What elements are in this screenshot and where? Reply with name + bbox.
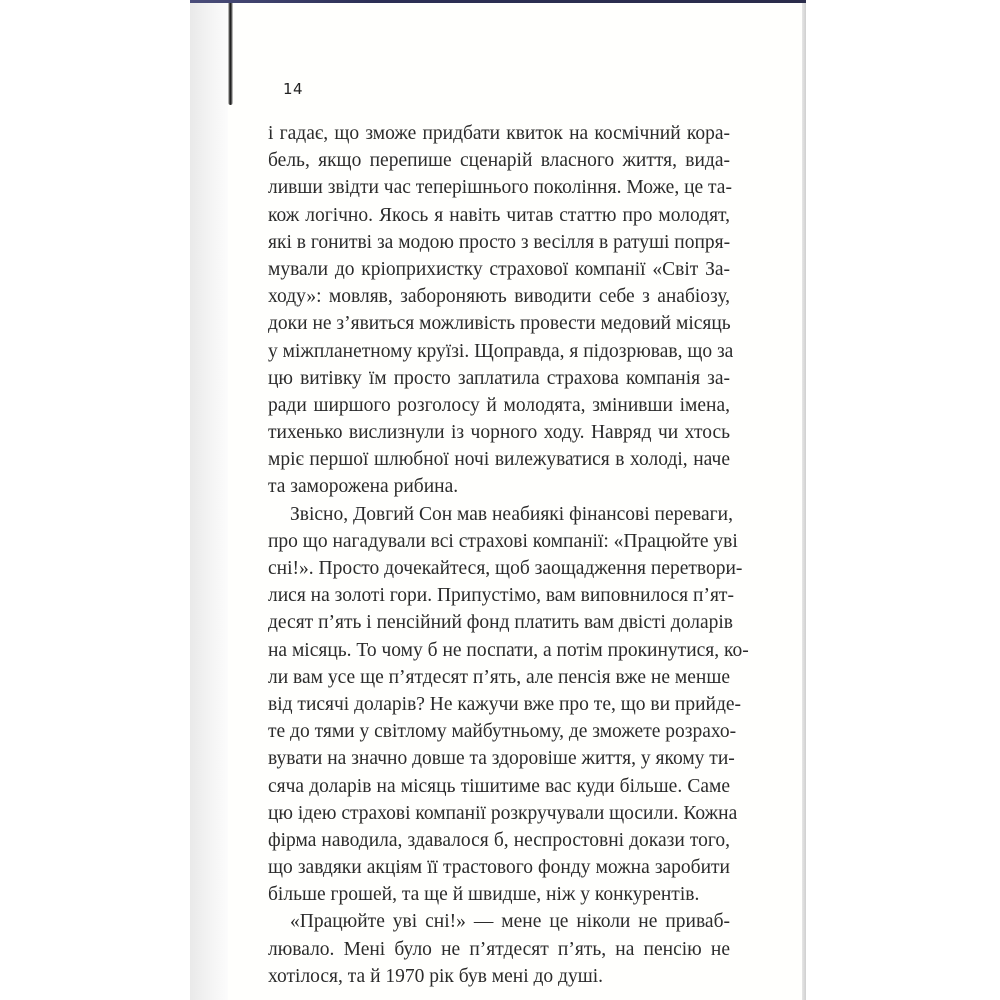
text-line: тихенько вислизнули із чорного ходу. Нав…	[268, 419, 730, 446]
top-edge-band	[190, 0, 806, 3]
text-line: ради ширшого розголосу й молодята, зміни…	[268, 392, 730, 419]
page-right-edge	[802, 3, 806, 1000]
text-line: цю ідею страхові компанії розкручували щ…	[268, 800, 730, 827]
text-line: ливши звідти час теперішнього покоління.…	[268, 174, 730, 201]
text-line: Звісно, Довгий Сон мав неабиякі фінансов…	[268, 501, 730, 528]
body-text: і гадає, що зможе придбати квиток на кос…	[268, 120, 730, 990]
text-line: лися на золоті гори. Припустімо, вам вип…	[268, 582, 730, 609]
text-line: фірма наводила, здавалося б, неспростовн…	[268, 827, 730, 854]
page-gutter-shadow	[190, 3, 228, 1000]
text-line: лювало. Мені було не п’ятдесят п’ять, на…	[268, 936, 730, 963]
text-line: від тисячі доларів? Не кажучи вже про те…	[268, 691, 730, 718]
text-line: про що нагадували всі страхові компанії:…	[268, 528, 730, 555]
text-line: кож логічно. Якось я навіть читав статтю…	[268, 202, 730, 229]
text-line: вувати на значно довше та здоровіше житт…	[268, 745, 730, 772]
text-line: сні!». Просто дочекайтеся, щоб заощаджен…	[268, 555, 730, 582]
text-line: на місяць. То чому б не поспати, а потім…	[268, 637, 730, 664]
text-line: те до тями у світлому майбутньому, де зм…	[268, 718, 730, 745]
text-line: десят п’ять і пенсійний фонд платить вам…	[268, 609, 730, 636]
text-line: ходу»: мовляв, забороняють виводити себе…	[268, 283, 730, 310]
text-line: бель, якщо перепише сценарій власного жи…	[268, 147, 730, 174]
text-line: сяча доларів на місяць тішитиме вас куди…	[268, 773, 730, 800]
text-line: і гадає, що зможе придбати квиток на кос…	[268, 120, 730, 147]
text-line: які в гонитві за модою просто з весілля …	[268, 229, 730, 256]
text-line: у міжпланетному круїзі. Щоправда, я підо…	[268, 338, 730, 365]
screen: 14 і гадає, що зможе придбати квиток на …	[0, 0, 1000, 1000]
text-line: та заморожена рибина.	[268, 473, 730, 500]
text-line: хотілося, та й 1970 рік був мені до душі…	[268, 963, 730, 990]
text-line: мували до кріоприхистку страхової компан…	[268, 256, 730, 283]
page-number: 14	[283, 80, 303, 98]
text-line: «Працюйте уві сні!» — мене це ніколи не …	[268, 908, 730, 935]
text-line: ли вам усе ще п’ятдесят п’ять, але пенсі…	[268, 664, 730, 691]
text-line: більше грошей, та ще й швидше, ніж у кон…	[268, 881, 730, 908]
text-line: що завдяки акціям її трастового фонду мо…	[268, 854, 730, 881]
text-line: цю витівку їм просто заплатила страхова …	[268, 365, 730, 392]
text-line: доки не з’явиться можливість провести ме…	[268, 310, 730, 337]
book-page: 14 і гадає, що зможе придбати квиток на …	[190, 0, 806, 1000]
text-line: мріє першої шлюбної ночі вилежуватися в …	[268, 446, 730, 473]
binding-line	[228, 3, 233, 105]
